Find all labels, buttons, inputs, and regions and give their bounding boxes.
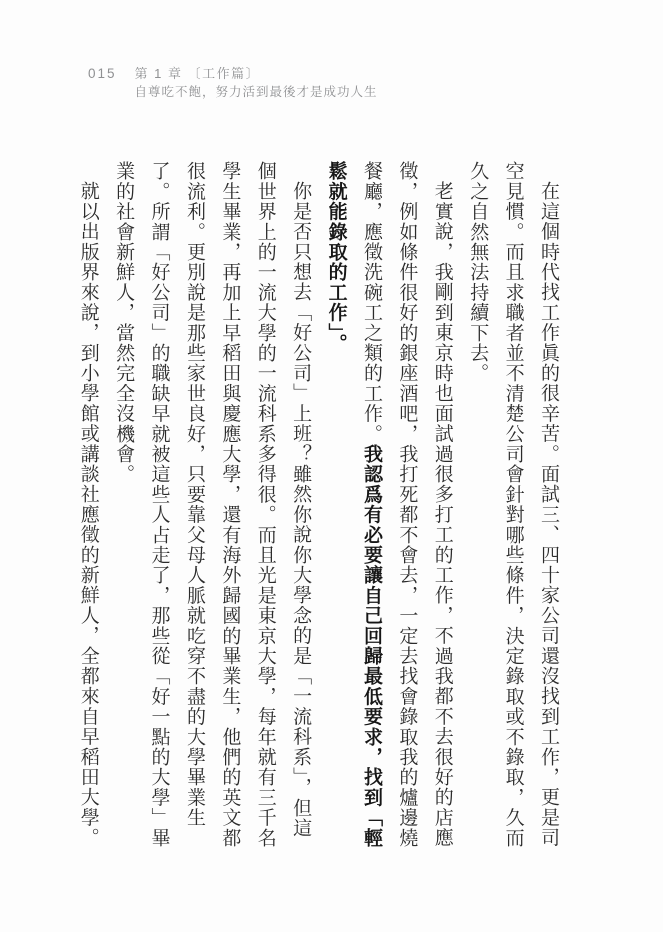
paragraph-3: 你是否只想去「好公司」上班？雖然你說你大學念的是「一流科系」，但這個世界上的一流… xyxy=(106,161,318,853)
paragraph-2: 老實說，我剛到東京時也面試過很多打工的工作，不過我都不去很好的店應徵，例如條件很… xyxy=(318,161,460,853)
page-number: 015 xyxy=(88,66,117,82)
paragraph-1: 在這個時代找工作眞的很辛苦。面試三、四十家公司還沒找到工作，更是司空見慣。而且求… xyxy=(460,161,566,853)
page-header: 015 第 1 章 〔工作篇〕 自尊吃不飽，努力活到最後才是成功人生 xyxy=(88,66,378,100)
paragraph-3-text: 你是否只想去「好公司」上班？雖然你說你大學念的是「一流科系」，但這個世界上的一流… xyxy=(113,161,312,848)
paragraph-1-text: 在這個時代找工作眞的很辛苦。面試三、四十家公司還沒找到工作，更是司空見慣。而且求… xyxy=(467,161,560,848)
chapter-title: 第 1 章 〔工作篇〕 xyxy=(135,66,378,81)
chapter-subtitle: 自尊吃不飽，努力活到最後才是成功人生 xyxy=(135,85,378,100)
body-text: 在這個時代找工作眞的很辛苦。面試三、四十家公司還沒找到工作，更是司空見慣。而且求… xyxy=(70,161,566,853)
paragraph-4-text: 就以出版界來說，到小學館或講談社應徵的新鮮人，全都來自早稻田大學。 xyxy=(78,181,100,848)
book-page: 015 第 1 章 〔工作篇〕 自尊吃不飽，努力活到最後才是成功人生 在這個時代… xyxy=(0,0,663,932)
chapter-block: 第 1 章 〔工作篇〕 自尊吃不飽，努力活到最後才是成功人生 xyxy=(135,66,378,100)
paragraph-4: 就以出版界來說，到小學館或講談社應徵的新鮮人，全都來自早稻田大學。 xyxy=(70,161,105,853)
